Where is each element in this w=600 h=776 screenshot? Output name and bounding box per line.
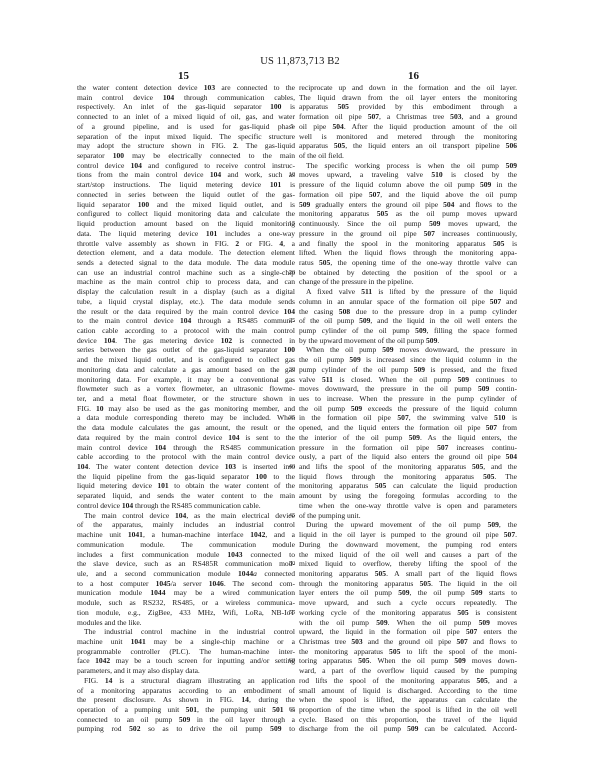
text-line: control device 104 and configured to rec…	[77, 161, 295, 171]
text-line: moves downward, the pressure in the oil …	[299, 384, 517, 394]
text-line: apparatus 505, the liquid enters an oil …	[299, 141, 517, 151]
text-line: may adopt the structure shown in FIG. 2.…	[77, 141, 295, 151]
text-line: time when the one-way throttle valve is …	[299, 501, 517, 511]
text-line: discharge from the oil pump 509 can be c…	[299, 724, 517, 734]
text-line: the mixed liquid of the oil well and cau…	[299, 550, 517, 560]
text-line: connected in series between the liquid o…	[77, 190, 295, 200]
text-line: During the upward movement of the oil pu…	[299, 520, 517, 530]
text-line: series between the gas outlet of the gas…	[77, 345, 295, 355]
text-line: toring apparatus 505. When the oil pump …	[299, 656, 517, 666]
line-number: 20	[285, 268, 299, 278]
text-line: FIG. 14 is a structural diagram illustra…	[77, 676, 295, 686]
text-line: configured to collect liquid monitoring …	[77, 209, 295, 219]
line-number: 10	[285, 170, 299, 180]
text-line: The liquid drawn from the oil layer ente…	[299, 93, 517, 103]
text-line: to a host computer 1045/a server 1046. T…	[77, 579, 295, 589]
text-line: and lifts the spool of the monitoring ap…	[299, 462, 517, 472]
text-line: control device 104 through the RS485 com…	[77, 501, 295, 511]
patent-number: US 11,873,713 B2	[0, 56, 600, 67]
text-line: The specific working process is when the…	[299, 161, 517, 171]
text-line: respectively. An inlet of the gas-liquid…	[77, 102, 295, 112]
line-number: 35	[285, 413, 299, 423]
text-line: of a monitoring apparatus according to a…	[77, 686, 295, 696]
text-line: pressure in the ground oil pipe 507 incr…	[299, 229, 517, 239]
line-number: 15	[285, 219, 299, 229]
text-line: with the oil pump 509. When the oil pump…	[299, 618, 517, 628]
text-line: and finally the spool in the monitoring …	[299, 239, 517, 249]
text-line: separator 100 may be electrically connec…	[77, 151, 295, 161]
text-line: reciprocate up and down in the formation…	[299, 83, 517, 93]
line-number: 30	[285, 365, 299, 375]
text-line: programmable controller (PLC). The human…	[77, 647, 295, 657]
text-line: the liquid pipeline from the gas-liquid …	[77, 472, 295, 482]
text-line: formation oil pipe 507, a Christmas tree…	[299, 112, 517, 122]
text-line: valve 511 is closed. When the oil pump 5…	[299, 375, 517, 385]
text-line: by the upward movement of the oil pump 5…	[299, 336, 517, 346]
text-line: machine unit 1041 may be a single-chip m…	[77, 637, 295, 647]
text-line: main control device 104 through the RS48…	[77, 443, 295, 453]
text-line: main control device 104 through communic…	[77, 93, 295, 103]
text-line: ues to increase. When the pressure in th…	[299, 394, 517, 404]
line-number: 25	[285, 316, 299, 326]
text-line: amount by using the foregoing formulas a…	[299, 491, 517, 501]
text-line: oil pipe 504. After the liquid productio…	[299, 122, 517, 132]
text-line: 509 gradually enters the ground oil pipe…	[299, 200, 517, 210]
text-line: a data module corresponding thereto may …	[77, 413, 295, 423]
text-line: the oil pump 509 exceeds the pressure of…	[299, 404, 517, 414]
column-number-right: 16	[408, 70, 419, 82]
text-line: of the oil pump 509, and the liquid in t…	[299, 316, 517, 326]
text-line: display the calculation result in a disp…	[77, 287, 295, 297]
text-line: ratus 505, the opening time of the one-w…	[299, 258, 517, 268]
text-line: data. The liquid metering device 101 inc…	[77, 229, 295, 239]
text-line: module, such as RS232, RS485, or a wirel…	[77, 598, 295, 608]
text-line: moves upward, a traveling valve 510 is c…	[299, 170, 517, 180]
text-line: Christmas tree 503 and the ground oil pi…	[299, 637, 517, 647]
text-line: ule, and a second communication module 1…	[77, 569, 295, 579]
text-line: the data module calculates the gas amoun…	[77, 423, 295, 433]
text-line: cable according to the protocol with the…	[77, 452, 295, 462]
text-line: face 1042 may be a touch screen for inpu…	[77, 656, 295, 666]
text-line: monitoring apparatus 505 as the oil pump…	[299, 209, 517, 219]
left-column-text: the water content detection device 103 a…	[77, 83, 295, 734]
text-line: cation cable according to a protocol wit…	[77, 326, 295, 336]
text-line: layer enters the oil pump 509, the oil p…	[299, 588, 517, 598]
text-line: the water content detection device 103 a…	[77, 83, 295, 93]
text-line: small amount of liquid is discharged. Ac…	[299, 686, 517, 696]
text-line: liquid flows through the monitoring appa…	[299, 472, 517, 482]
line-number: 5	[285, 122, 299, 132]
right-column-text: reciprocate up and down in the formation…	[299, 83, 517, 734]
text-line: The industrial control machine in the in…	[77, 627, 295, 637]
text-line: the monitoring apparatus 505 to lift the…	[299, 647, 517, 657]
text-line: start/stop instructions. The liquid mete…	[77, 180, 295, 190]
text-line: communication module. The communication …	[77, 540, 295, 550]
text-line: pump cylinder of the oil pump 509 is pre…	[299, 365, 517, 375]
text-line: The main control device 104, as the main…	[77, 511, 295, 521]
line-number: 60	[285, 656, 299, 666]
text-line: modules and the like.	[77, 618, 295, 628]
text-line: column in an annular space of the format…	[299, 297, 517, 307]
text-line: parameters, and it may also display data…	[77, 666, 295, 676]
text-line: the result or the data required by the m…	[77, 307, 295, 317]
text-line: the casing 508 due to the pressure drop …	[299, 307, 517, 317]
line-number: 40	[285, 462, 299, 472]
line-number: 45	[285, 511, 299, 521]
column-number-left: 15	[178, 70, 189, 82]
text-line: continuously. Since the oil pump 509 mov…	[299, 219, 517, 229]
text-line: mixed liquid to overflow, thereby liftin…	[299, 559, 517, 569]
text-line: data required by the main control device…	[77, 433, 295, 443]
text-line: when the spool is lifted, the apparatus …	[299, 695, 517, 705]
text-line: and the mixed liquid outlet, and is conf…	[77, 355, 295, 365]
text-line: separation of the input mixed liquid. Th…	[77, 132, 295, 142]
text-line: pumping rod 502 so as to drive the oil p…	[77, 724, 295, 734]
text-line: monitoring apparatus 505 can calculate t…	[299, 481, 517, 491]
text-line: tion module, e.g., ZigBee, 433 MHz, Wifi…	[77, 608, 295, 618]
text-line: liquid in the oil layer is pumped to the…	[299, 530, 517, 540]
text-line: proportion of the time when the spool is…	[299, 705, 517, 715]
text-line: of the apparatus, mainly includes an ind…	[77, 520, 295, 530]
text-line: upward, the liquid in the formation oil …	[299, 627, 517, 637]
text-line: detection element, and a data module. Th…	[77, 248, 295, 258]
text-line: ter, and a metal float flowmeter, or the…	[77, 394, 295, 404]
text-line: A fixed valve 511 is lifted by the press…	[299, 287, 517, 297]
text-line: move upward, and such a cycle occurs rep…	[299, 598, 517, 608]
text-line: pressure in the formation oil pipe 507 i…	[299, 443, 517, 453]
text-line: pressure of the liquid column above the …	[299, 180, 517, 190]
text-line: liquid metering device 101 to obtain the…	[77, 481, 295, 491]
text-line: in the formation oil pipe 507, the swimm…	[299, 413, 517, 423]
text-line: rod lifts the spool of the monitoring ap…	[299, 676, 517, 686]
text-line: connected to an inlet of a mixed liquid …	[77, 112, 295, 122]
text-line: of the oil field.	[299, 151, 517, 161]
text-line: of a ground pipeline, and is used for ga…	[77, 122, 295, 132]
text-line: ously, a part of the liquid also enters …	[299, 452, 517, 462]
text-line: throttle valve assembly as shown in FIG.…	[77, 239, 295, 249]
text-line: formation oil pipe 507, and the liquid a…	[299, 190, 517, 200]
text-line: the slave device, such as an RS485R comm…	[77, 559, 295, 569]
text-line: device 104. The gas metering device 102 …	[77, 336, 295, 346]
line-number: 50	[285, 559, 299, 569]
text-line: change of the pressure in the pipeline.	[299, 277, 517, 287]
text-line: tions from the main control device 104 a…	[77, 170, 295, 180]
text-line: separated liquid, and sends the water co…	[77, 491, 295, 501]
line-number: 65	[285, 705, 299, 715]
text-line: can use an industrial control machine su…	[77, 268, 295, 278]
text-line: apparatus 505 provided by this embodimen…	[299, 102, 517, 112]
text-line: pump cylinder of the oil pump 509, filli…	[299, 326, 517, 336]
text-line: ward, a part of the overflow liquid caus…	[299, 666, 517, 676]
text-line: During the downward movement, the pumpin…	[299, 540, 517, 550]
text-line: 104. The water content detection device …	[77, 462, 295, 472]
text-line: tube, a liquid crystal display, etc.). T…	[77, 297, 295, 307]
text-line: machine unit 1041, a human-machine inter…	[77, 530, 295, 540]
text-line: includes a first communication module 10…	[77, 550, 295, 560]
text-line: connected to an oil pump 509 in the oil …	[77, 715, 295, 725]
text-line: the interior of the oil pump 509. As the…	[299, 433, 517, 443]
text-line: of the pumping unit.	[299, 511, 517, 521]
text-line: When the oil pump 509 moves downward, th…	[299, 345, 517, 355]
text-line: lifted. When the liquid flows through th…	[299, 248, 517, 258]
text-line: opened, and the liquid enters the format…	[299, 423, 517, 433]
text-line: munication module 1044 may be a wired co…	[77, 588, 295, 598]
text-line: operation of a pumping unit 501, the pum…	[77, 705, 295, 715]
text-line: through the monitoring apparatus 505. Th…	[299, 579, 517, 589]
text-line: working cycle of the monitoring apparatu…	[299, 608, 517, 618]
text-line: to the main control device 104 through a…	[77, 316, 295, 326]
text-line: cycle. Based on this proportion, the tra…	[299, 715, 517, 725]
text-line: the oil pump 509 is increased since the …	[299, 355, 517, 365]
text-line: liquid production amount based on the li…	[77, 219, 295, 229]
text-line: the present disclosure. As shown in FIG.…	[77, 695, 295, 705]
text-line: monitoring data. For example, it may be …	[77, 375, 295, 385]
text-line: machine as the main control chip to proc…	[77, 277, 295, 287]
text-line: sends a detected signal to the data modu…	[77, 258, 295, 268]
text-line: FIG. 10 may also be used as the gas moni…	[77, 404, 295, 414]
text-line: be obtained by detecting the position of…	[299, 268, 517, 278]
text-line: monitoring data and calculate a gas amou…	[77, 365, 295, 375]
text-line: flowmeter such as a vortex flowmeter, an…	[77, 384, 295, 394]
line-number: 55	[285, 608, 299, 618]
text-line: well is monitored and metered through th…	[299, 132, 517, 142]
text-line: liquid separator 100 and the mixed liqui…	[77, 200, 295, 210]
text-line: monitoring apparatus 505. A small part o…	[299, 569, 517, 579]
